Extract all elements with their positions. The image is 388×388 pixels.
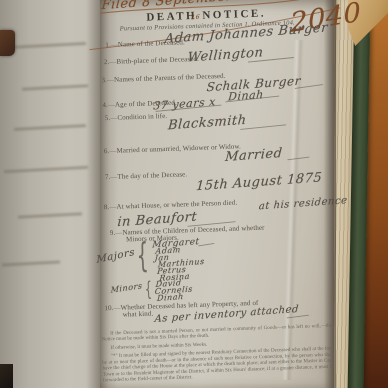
footnotes: If the Deceased is not a married Person,… — [101, 322, 335, 385]
photographed-death-notice-page: Filed 8 September 1875 DEATH NOTICE. 16 … — [0, 0, 388, 388]
field-10-label-line2: what kind. — [123, 310, 154, 319]
field-5-label: 5.—Condition in life. — [105, 112, 168, 122]
minors-brace: { — [144, 278, 152, 300]
field-8-value-residence: at his residence — [258, 195, 347, 212]
field-2-label: 2.—Birth-place of the Deceased. — [104, 55, 199, 66]
minors-label: Minors — [111, 281, 143, 294]
field-6-label: 6.—Married or unmarried, Widower or Wido… — [104, 142, 241, 155]
title-annotation: 16 — [191, 14, 200, 22]
footnote-paragraph: "*" It must be filled up and signed by t… — [102, 345, 335, 383]
field-8-label: 8.—At what House, or where the Person di… — [104, 199, 238, 212]
field-7-label: 7.—The day of the Decease. — [105, 170, 188, 181]
field-7-value: 15th August 1875 — [195, 170, 322, 194]
field-2-value: Wellington — [187, 45, 264, 65]
field-3-value-mother: Dinah — [228, 88, 265, 104]
majors-label: Majors — [96, 247, 135, 266]
field-4-value: 37 years x — [153, 95, 216, 112]
field-5-value: Blacksmith — [167, 113, 247, 134]
majors-brace: { — [136, 236, 149, 276]
field-6-value: Married — [225, 146, 283, 165]
form-content: Filed 8 September 1875 DEATH NOTICE. 16 … — [0, 0, 388, 388]
